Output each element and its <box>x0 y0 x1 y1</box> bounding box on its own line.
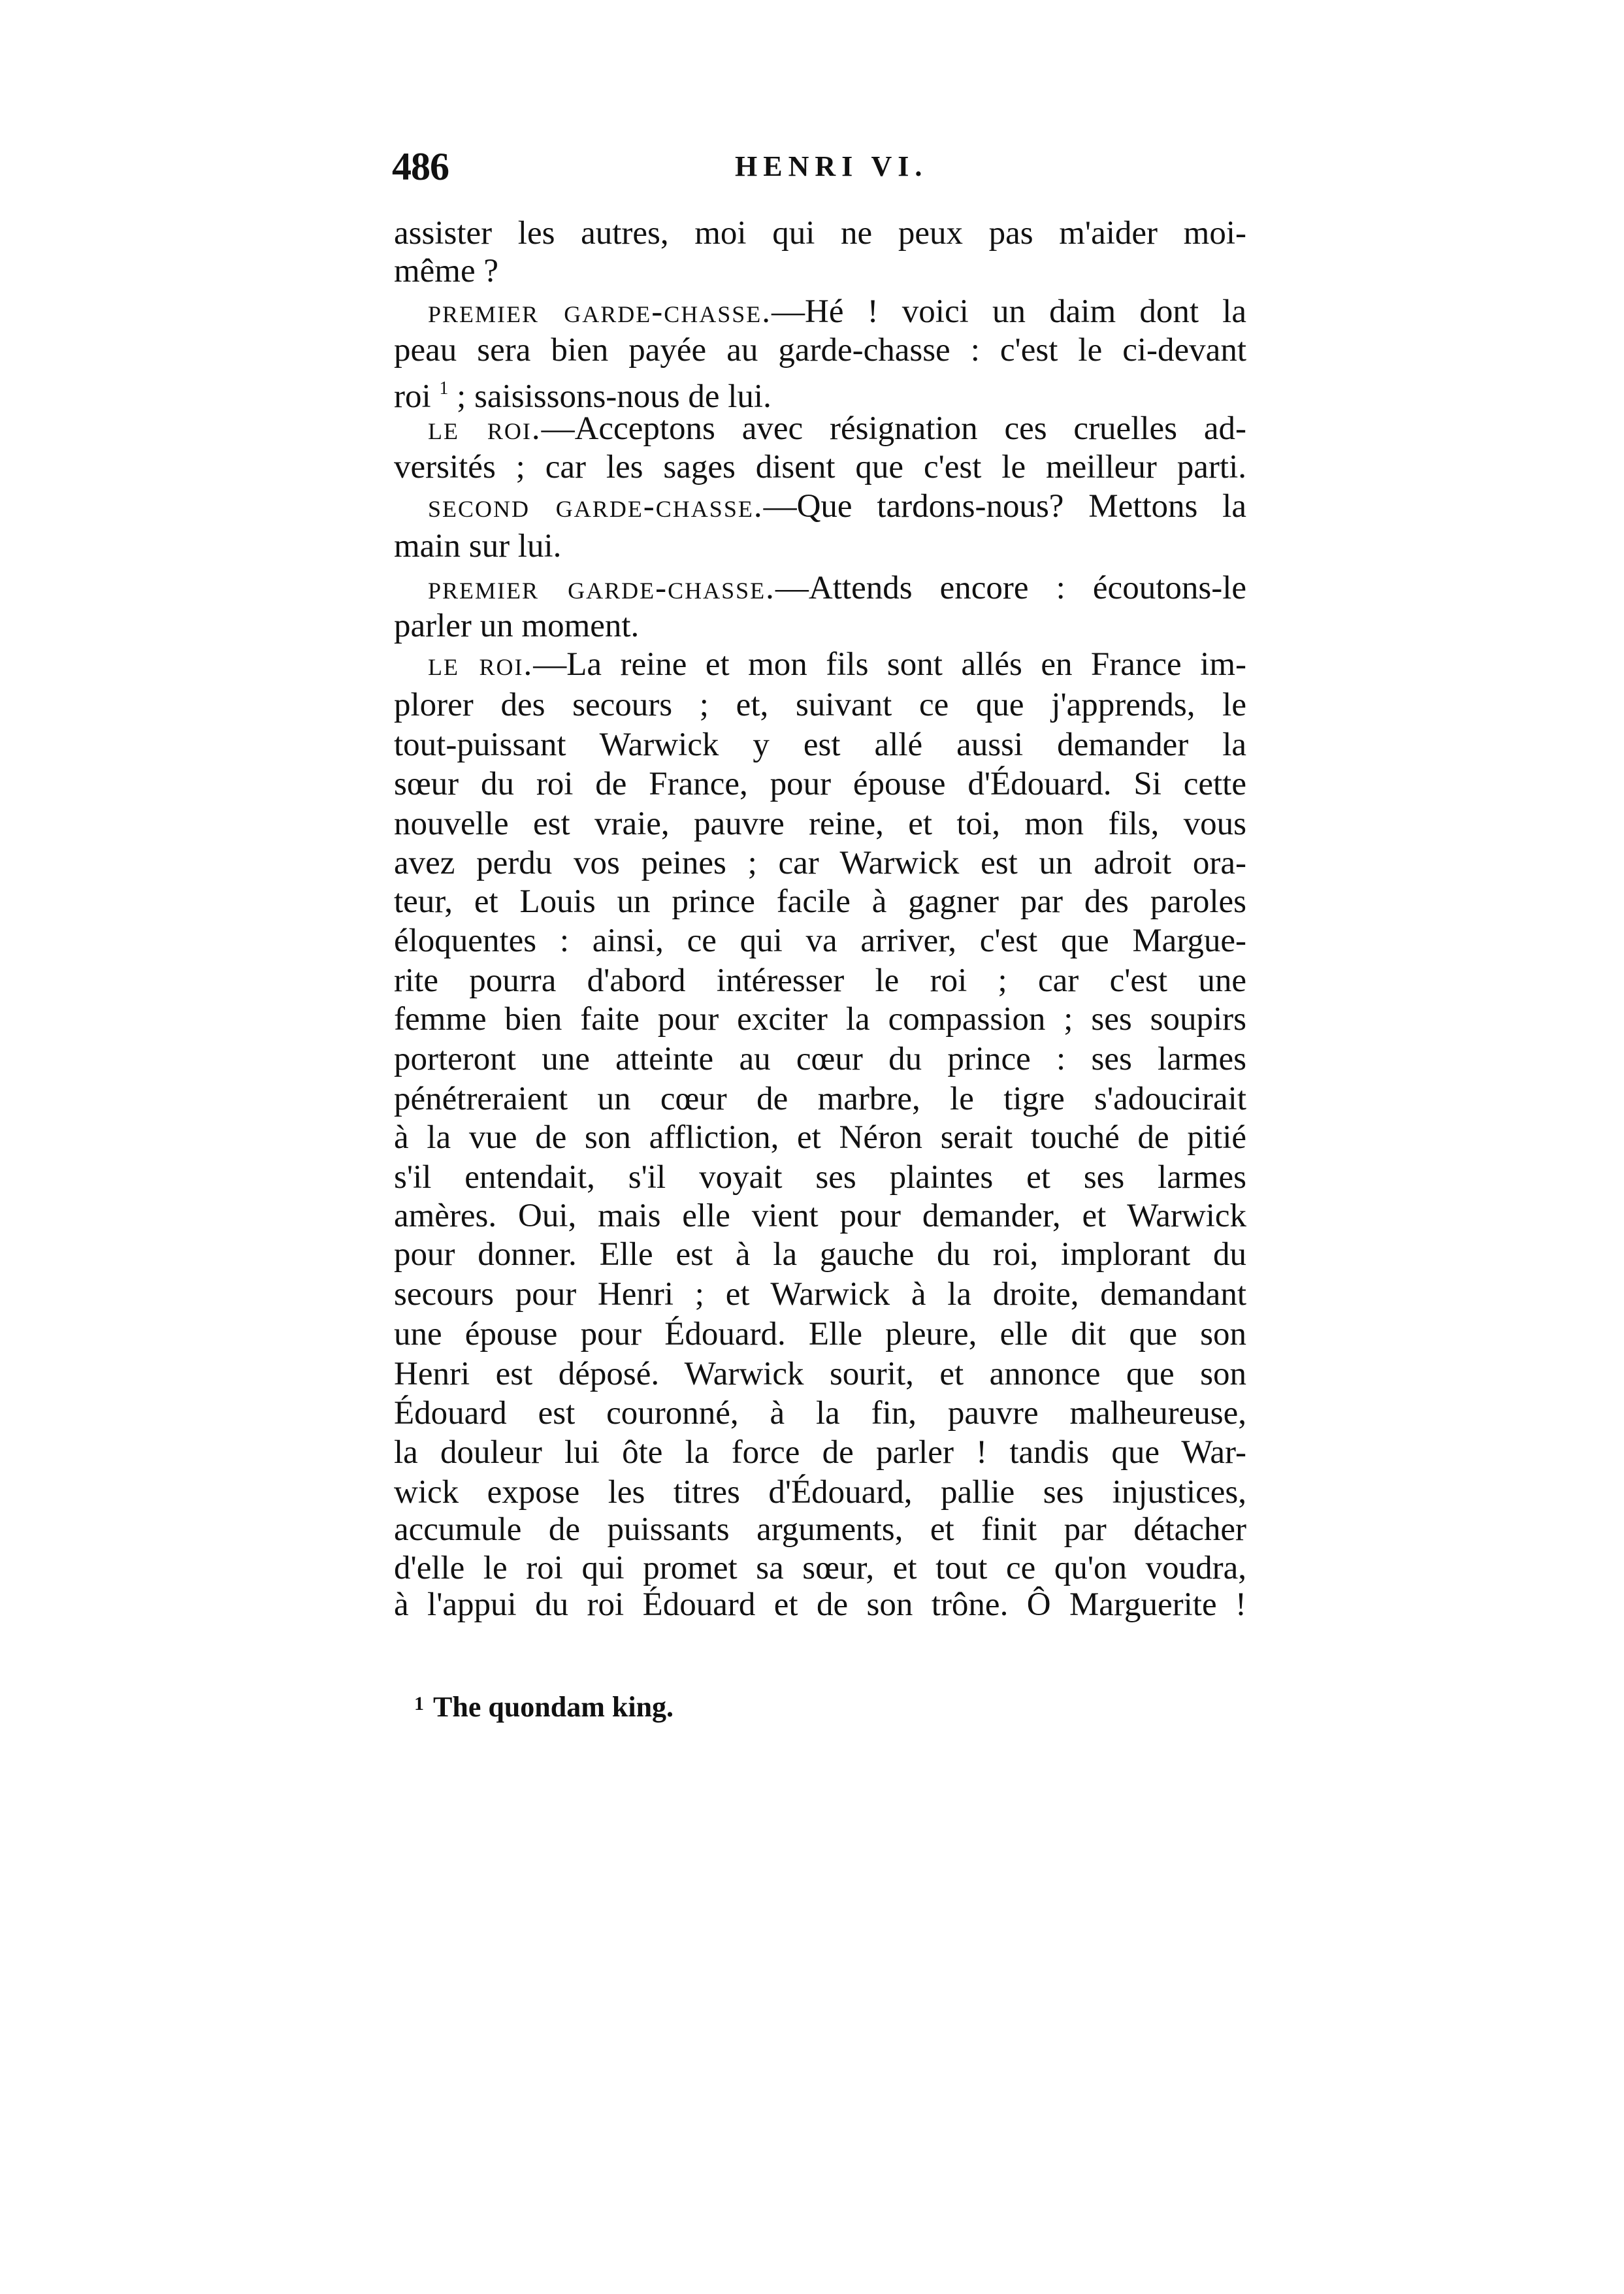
text-line: secours pour Henri ; et Warwick à la dro… <box>394 1275 1246 1314</box>
speaker-name: le roi. <box>428 646 533 683</box>
text-line: la douleur lui ôte la force de parler ! … <box>394 1433 1246 1472</box>
speech-line: le roi.—La reine et mon fils sont allés … <box>428 645 1246 684</box>
line-text: —La reine et mon fils sont allés en Fran… <box>533 646 1246 683</box>
line-text: tout-puissant Warwick y est allé aussi d… <box>394 727 1246 763</box>
text-line: amères. Oui, mais elle vient pour demand… <box>394 1196 1246 1236</box>
footnote-marker: 1 <box>414 1693 424 1714</box>
line-text: éloquentes : ainsi, ce qui va arriver, c… <box>394 923 1246 959</box>
line-text: —Que tardons-nous? Mettons la <box>764 488 1246 525</box>
line-text: amères. Oui, mais elle vient pour demand… <box>394 1198 1246 1234</box>
text-line: sœur du roi de France, pour épouse d'Édo… <box>394 764 1246 804</box>
text-line: s'il entendait, s'il voyait ses plaintes… <box>394 1158 1246 1197</box>
line-text: wick expose les titres d'Édouard, pallie… <box>394 1474 1246 1511</box>
footnote: 1The quondam king. <box>414 1684 674 1724</box>
text-line: accumule de puissants arguments, et fini… <box>394 1510 1246 1549</box>
speech-line: second garde-chasse.—Que tardons-nous? M… <box>428 487 1246 526</box>
line-text: main sur lui. <box>394 528 561 565</box>
text-line: main sur lui. <box>394 527 1246 566</box>
text-line: rite pourra d'abord intéresser le roi ; … <box>394 961 1246 1000</box>
line-text: peau sera bien payée au garde-chasse : c… <box>394 332 1246 369</box>
line-text: femme bien faite pour exciter la compass… <box>394 1001 1246 1038</box>
text-line: femme bien faite pour exciter la compass… <box>394 1000 1246 1039</box>
text-line: plorer des secours ; et, suivant ce que … <box>394 685 1246 725</box>
text-line: pénétreraient un cœur de marbre, le tigr… <box>394 1079 1246 1119</box>
line-text: porteront une atteinte au cœur du prince… <box>394 1041 1246 1077</box>
text-line: peau sera bien payée au garde-chasse : c… <box>394 331 1246 370</box>
line-text: parler un moment. <box>394 608 639 644</box>
text-line: Henri est déposé. Warwick sourit, et ann… <box>394 1354 1246 1394</box>
text-line: éloquentes : ainsi, ce qui va arriver, c… <box>394 921 1246 960</box>
line-text: pénétreraient un cœur de marbre, le tigr… <box>394 1081 1246 1117</box>
line-text: à l'appui du roi Édouard et de son trône… <box>394 1586 1246 1623</box>
line-text: avez perdu vos peines ; car Warwick est … <box>394 845 1246 881</box>
running-title: HENRI VI. <box>735 145 928 188</box>
book-page: 486 HENRI VI. assister les autres, moi q… <box>0 0 1624 2294</box>
line-text: Henri est déposé. Warwick sourit, et ann… <box>394 1356 1246 1392</box>
text-line: avez perdu vos peines ; car Warwick est … <box>394 844 1246 883</box>
speech-line: premier garde-chasse.—Attends encore : é… <box>428 568 1246 608</box>
line-text: rite pourra d'abord intéresser le roi ; … <box>394 962 1246 999</box>
text-line: d'elle le roi qui promet sa sœur, et tou… <box>394 1548 1246 1588</box>
footnote-reference[interactable]: 1 <box>439 378 448 399</box>
line-text: une épouse pour Édouard. Elle pleure, el… <box>394 1316 1246 1352</box>
line-text: à la vue de son affliction, et Néron ser… <box>394 1119 1246 1156</box>
page-number: 486 <box>392 145 449 188</box>
text-line: pour donner. Elle est à la gauche du roi… <box>394 1235 1246 1274</box>
line-text: plorer des secours ; et, suivant ce que … <box>394 687 1246 723</box>
text-line: teur, et Louis un prince facile à gagner… <box>394 882 1246 921</box>
line-text: d'elle le roi qui promet sa sœur, et tou… <box>394 1550 1246 1586</box>
line-text: pour donner. Elle est à la gauche du roi… <box>394 1236 1246 1273</box>
line-text: nouvelle est vraie, pauvre reine, et toi… <box>394 806 1246 842</box>
text-line: à la vue de son affliction, et Néron ser… <box>394 1118 1246 1157</box>
line-text: —Acceptons avec résignation ces cruelles… <box>542 410 1246 447</box>
line-text: même ? <box>394 253 498 289</box>
text-line: nouvelle est vraie, pauvre reine, et toi… <box>394 804 1246 844</box>
line-text: assister les autres, moi qui ne peux pas… <box>394 215 1246 252</box>
text-line: tout-puissant Warwick y est allé aussi d… <box>394 725 1246 764</box>
line-text: versités ; car les sages disent que c'es… <box>394 449 1246 485</box>
speech-line: premier garde-chasse.—Hé ! voici un daim… <box>428 292 1246 331</box>
line-text: sœur du roi de France, pour épouse d'Édo… <box>394 766 1246 802</box>
speaker-name: premier garde-chasse. <box>428 293 771 330</box>
line-text: —Hé ! voici un daim dont la <box>771 293 1246 330</box>
speech-line: le roi.—Acceptons avec résignation ces c… <box>428 409 1246 448</box>
speaker-name: premier garde-chasse. <box>428 570 775 606</box>
text-line: roi 1 ; saisissons-nous de lui. <box>394 369 1246 408</box>
text-line: wick expose les titres d'Édouard, pallie… <box>394 1473 1246 1512</box>
text-line: même ? <box>394 252 1246 291</box>
speaker-name: le roi. <box>428 410 542 447</box>
text-line: porteront une atteinte au cœur du prince… <box>394 1040 1246 1079</box>
line-text: la douleur lui ôte la force de parler ! … <box>394 1434 1246 1471</box>
text-line: assister les autres, moi qui ne peux pas… <box>394 214 1246 253</box>
line-text: accumule de puissants arguments, et fini… <box>394 1511 1246 1548</box>
line-text: s'il entendait, s'il voyait ses plaintes… <box>394 1159 1246 1196</box>
speaker-name: second garde-chasse. <box>428 488 764 525</box>
running-head: 486 HENRI VI. <box>392 145 1248 188</box>
text-line: parler un moment. <box>394 606 1246 646</box>
text-line: à l'appui du roi Édouard et de son trône… <box>394 1585 1246 1624</box>
line-text: —Attends encore : écoutons-le <box>775 570 1246 606</box>
line-text: teur, et Louis un prince facile à gagner… <box>394 883 1246 920</box>
line-text: secours pour Henri ; et Warwick à la dro… <box>394 1276 1246 1313</box>
text-line: une épouse pour Édouard. Elle pleure, el… <box>394 1315 1246 1354</box>
text-line: Édouard est couronné, à la fin, pauvre m… <box>394 1394 1246 1433</box>
footnote-text: The quondam king. <box>433 1691 674 1723</box>
text-line: versités ; car les sages disent que c'es… <box>394 448 1246 487</box>
line-text: Édouard est couronné, à la fin, pauvre m… <box>394 1395 1246 1432</box>
